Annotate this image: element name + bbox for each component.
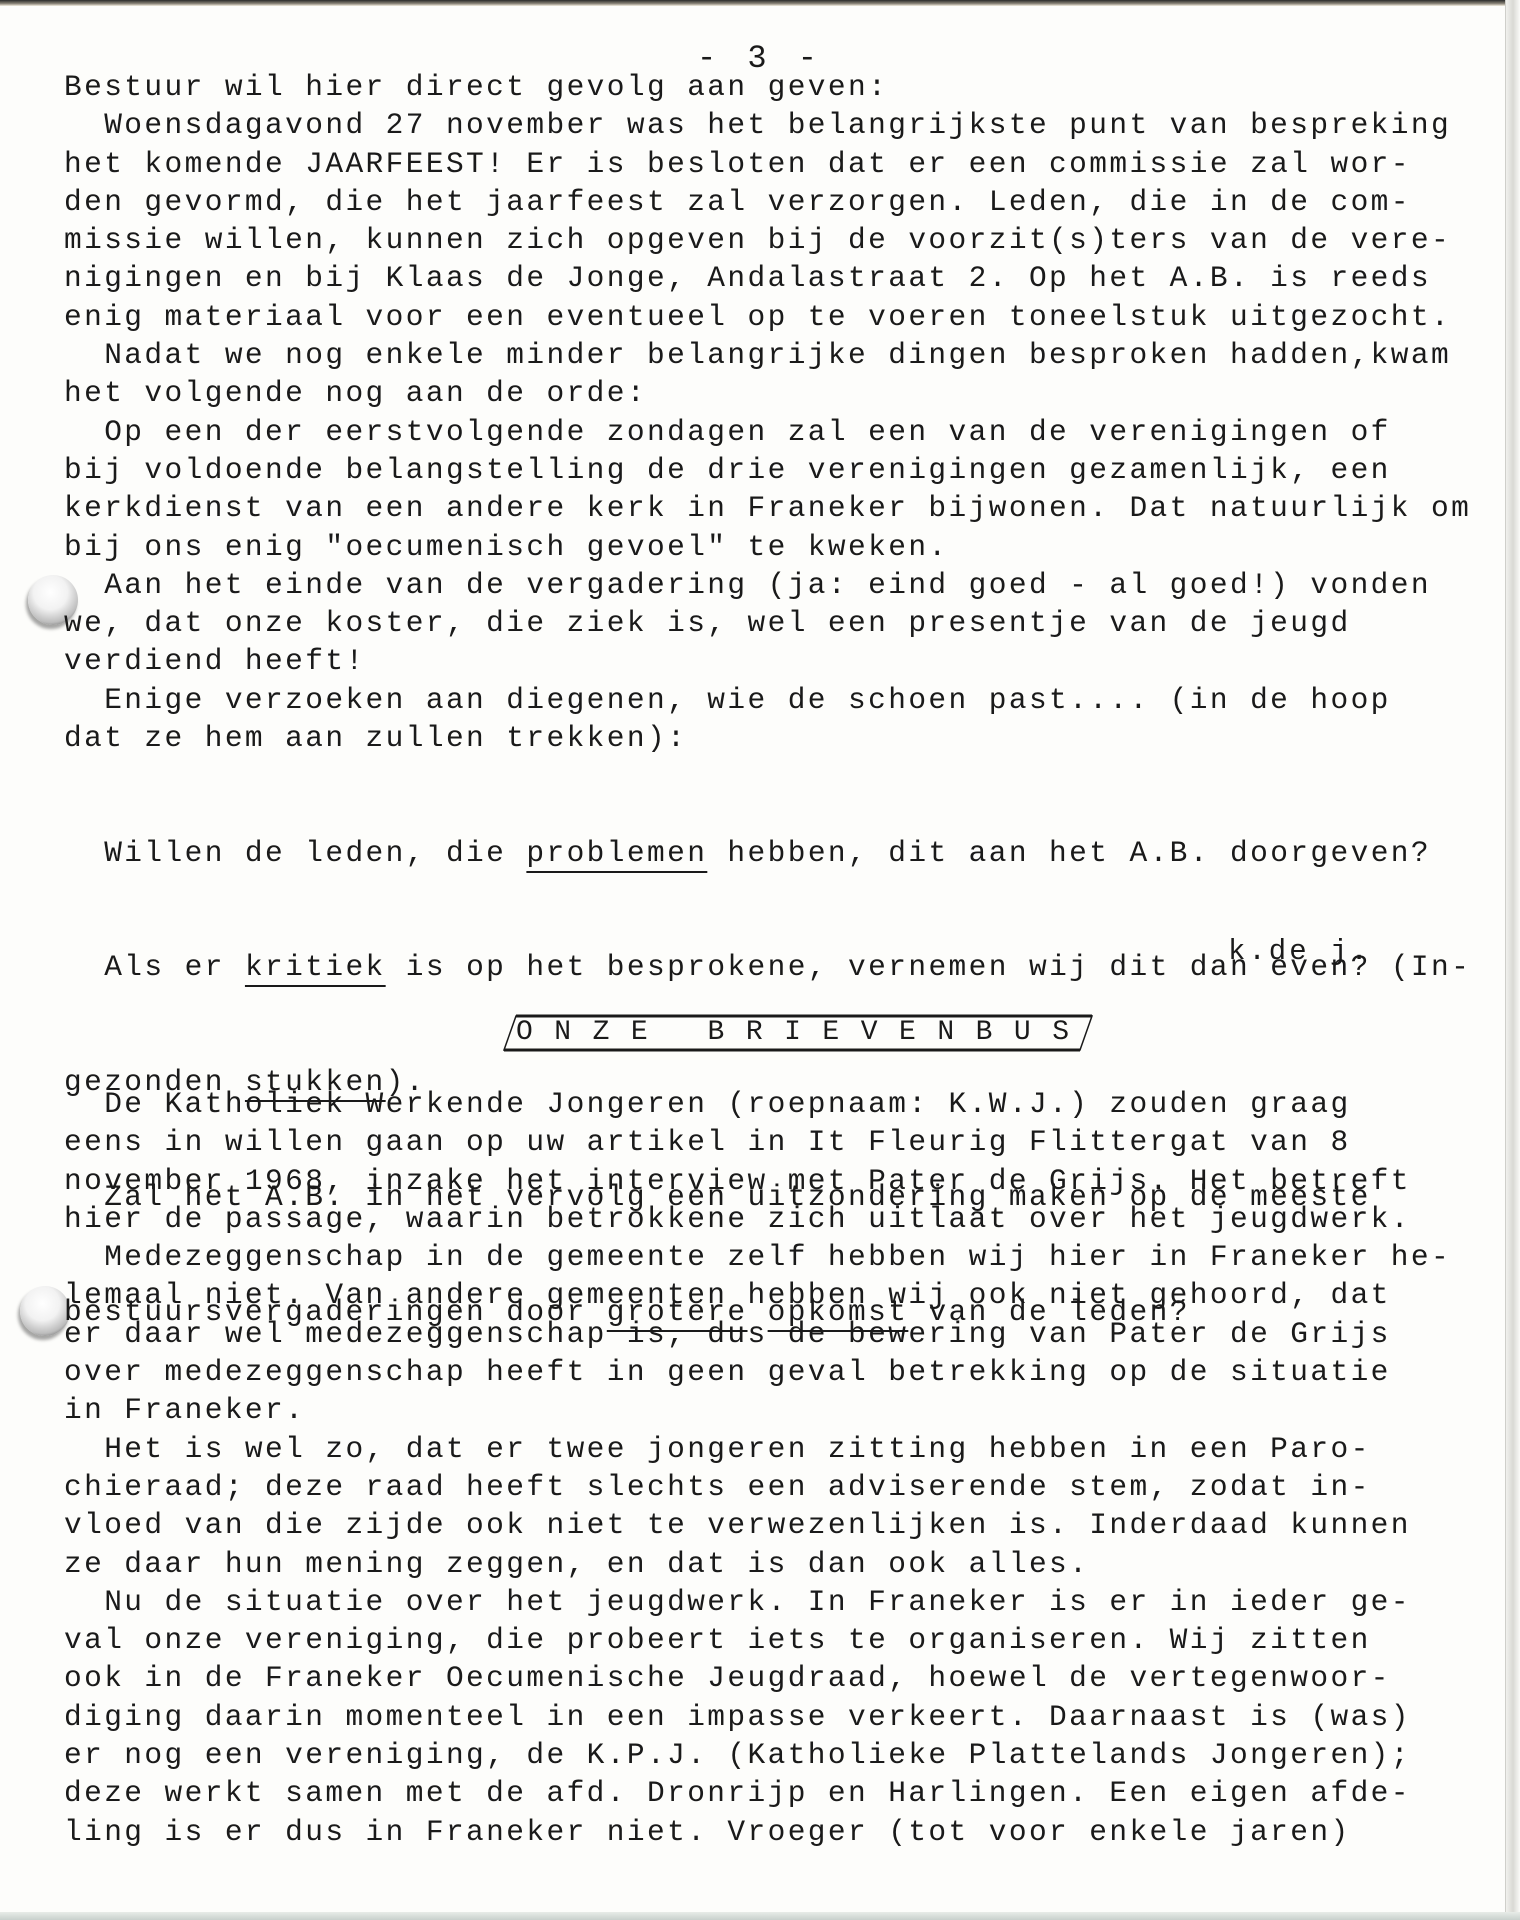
section-title: ONZE BRIEVENBUS xyxy=(516,1015,1076,1051)
text-line: november 1968, inzake het interview met … xyxy=(64,1162,1464,1200)
text-line: bij ons enig "oecumenisch gevoel" te kwe… xyxy=(64,528,1464,566)
text-line: Aan het einde van de vergadering (ja: ei… xyxy=(64,566,1464,604)
text-line: in Franeker. xyxy=(64,1391,1464,1429)
text-line: over medezeggenschap heeft in geen geval… xyxy=(64,1353,1464,1391)
text-line: verdiend heeft! xyxy=(64,642,1464,680)
text-line: nigingen en bij Klaas de Jonge, Andalast… xyxy=(64,259,1464,297)
text-line: val onze vereniging, die probeert iets t… xyxy=(64,1621,1464,1659)
section-header-box: ONZE BRIEVENBUS xyxy=(494,1013,1094,1053)
page-right-edge xyxy=(1505,0,1520,1920)
text-line: Het is wel zo, dat er twee jongeren zitt… xyxy=(64,1430,1464,1468)
text-line: deze werkt samen met de afd. Dronrijp en… xyxy=(64,1774,1464,1812)
text-line: er daar wel medezeggenschap is, dus de b… xyxy=(64,1315,1464,1353)
text-line: diging daarin momenteel in een impasse v… xyxy=(64,1698,1464,1736)
text-line: Bestuur wil hier direct gevolg aan geven… xyxy=(64,68,1464,106)
text-line: ling is er dus in Franeker niet. Vroeger… xyxy=(64,1813,1464,1851)
meeting-report: Bestuur wil hier direct gevolg aan geven… xyxy=(64,68,1464,757)
text-line: Nadat we nog enkele minder belangrijke d… xyxy=(64,336,1464,374)
text-line: De Katholiek Werkende Jongeren (roepnaam… xyxy=(64,1085,1464,1123)
text-line: ook in de Franeker Oecumenische Jeugdraa… xyxy=(64,1659,1464,1697)
text-line: hier de passage, waarin betrokkene zich … xyxy=(64,1200,1464,1238)
text-line: bij voldoende belangstelling de drie ver… xyxy=(64,451,1464,489)
text-line: den gevormd, die het jaarfeest zal verzo… xyxy=(64,183,1464,221)
text-line: kerkdienst van een andere kerk in Franek… xyxy=(64,489,1464,527)
page-bottom-edge xyxy=(0,1912,1520,1920)
text-line: dat ze hem aan zullen trekken): xyxy=(64,719,1464,757)
text-line: er nog een vereniging, de K.P.J. (Kathol… xyxy=(64,1736,1464,1774)
punch-hole xyxy=(20,1286,70,1336)
text-line: missie willen, kunnen zich opgeven bij d… xyxy=(64,221,1464,259)
underlined-word: problemen xyxy=(526,836,707,870)
request-line: Willen de leden, die problemen hebben, d… xyxy=(64,834,1464,872)
text-line: het volgende nog aan de orde: xyxy=(64,374,1464,412)
underlined-word: kritiek xyxy=(245,950,386,984)
text-line: het komende JAARFEEST! Er is besloten da… xyxy=(64,145,1464,183)
page-top-edge xyxy=(0,0,1520,6)
text-line: Woensdagavond 27 november was het belang… xyxy=(64,106,1464,144)
text-line: ze daar hun mening zeggen, en dat is dan… xyxy=(64,1545,1464,1583)
text-line: vloed van die zijde ook niet te verwezen… xyxy=(64,1506,1464,1544)
letter-text: De Katholiek Werkende Jongeren (roepnaam… xyxy=(64,1085,1464,1851)
author-signature: k.de j. xyxy=(1228,935,1371,968)
text-line: we, dat onze koster, die ziek is, wel ee… xyxy=(64,604,1464,642)
text-line: enig materiaal voor een eventueel op te … xyxy=(64,298,1464,336)
text-line: Op een der eerstvolgende zondagen zal ee… xyxy=(64,413,1464,451)
text-line: eens in willen gaan op uw artikel in It … xyxy=(64,1123,1464,1161)
text-line: Enige verzoeken aan diegenen, wie de sch… xyxy=(64,681,1464,719)
text-line: Medezeggenschap in de gemeente zelf hebb… xyxy=(64,1238,1464,1276)
text-line: chieraad; deze raad heeft slechts een ad… xyxy=(64,1468,1464,1506)
text-line: lemaal niet. Van andere gemeenten hebben… xyxy=(64,1276,1464,1314)
text-line: Nu de situatie over het jeugdwerk. In Fr… xyxy=(64,1583,1464,1621)
